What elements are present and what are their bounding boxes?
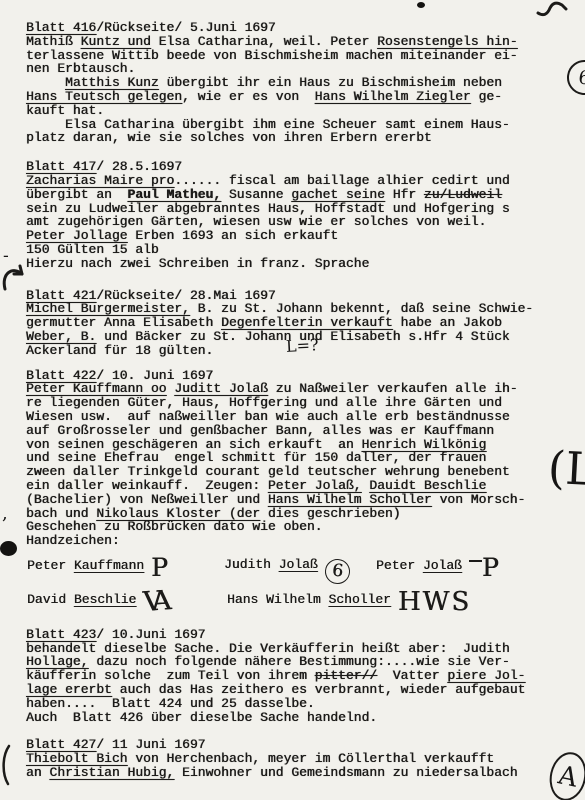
text-segment: bach und <box>26 506 96 521</box>
text-segment: dazu noch folgende nähere Bestimmung:...… <box>88 654 509 669</box>
text-line: Hans Teutsch gelegen, wie er es von Hans… <box>26 90 578 104</box>
text-segment: (Bachelier) von Neßweiller und <box>26 492 268 507</box>
text-line: Zacharias Maire pro...... fiscal am bail… <box>26 174 578 188</box>
text-segment: sein zu Ludweiler abgebranntes Haus, Hof… <box>26 201 510 216</box>
text-line: Blatt 421/Rückseite/ 28.Mai 1697 <box>26 289 578 303</box>
underlined-name: Matthis Kunz <box>65 75 159 90</box>
underlined-name: Hans Wilhelm Ziegler <box>315 89 471 104</box>
text-line: bach und Nikolaus Kloster (der dies gesc… <box>26 507 578 521</box>
handwritten-note-mark: L=? <box>286 337 319 355</box>
text-line: Michel Burgermeister, B. zu St. Johann b… <box>26 302 578 316</box>
text-line: Mathiß Kuntz und Elsa Catharina, weil. P… <box>26 35 578 49</box>
text-segment: Peter <box>376 558 423 573</box>
underlined-name: Blatt 423 <box>26 627 96 642</box>
text-segment: Hans Wilhelm <box>227 592 328 607</box>
handmark-peter-jolass: P <box>482 558 499 578</box>
underlined-name: Scholler <box>328 592 390 607</box>
underlined-name: piere Jol- <box>447 668 525 683</box>
text-segment: / 10. Juni 1697 <box>96 368 213 383</box>
text-line: Hollage, dazu noch folgende nähere Besti… <box>26 655 578 669</box>
text-line: Geschehen zu Roßbrücken dato wie oben. <box>26 520 578 534</box>
text-line: Blatt 423/ 10.Juni 1697 <box>26 628 578 642</box>
underlined-name: Nikolaus Kloster (der <box>96 506 260 521</box>
text-segment: Elsa Catharina, weil. Peter <box>151 34 377 49</box>
text-segment: germutter Anna Elisabeth <box>26 315 221 330</box>
text-segment: Hfr <box>385 187 424 202</box>
text-line: und seine Ehefrau engel schmitt für 150 … <box>26 451 578 465</box>
text-line: Matthis Kunz übergibt ihr ein Haus zu Bi… <box>26 76 578 90</box>
underlined-name: Rosenstengels hin- <box>377 34 517 49</box>
text-segment: David <box>27 592 74 607</box>
underlined-name: Blatt 416 <box>26 20 96 35</box>
text-segment: käufferin solche zum Teil von ihrem <box>26 668 315 683</box>
signature-peter-jolass: Peter JolaßP <box>376 558 499 578</box>
underlined-name: Paul Matheu, <box>127 187 221 202</box>
text-segment: ge- <box>471 89 502 104</box>
text-line: haben.... Blatt 424 und 25 dasselbe. <box>26 697 578 711</box>
corner-hook-mark <box>536 0 570 25</box>
text-segment: auf Großrosseler und genßbacher Bann, al… <box>26 423 494 438</box>
paren-l-margin-mark: (L <box>547 445 585 492</box>
text-segment: Auch Blatt 426 über dieselbe Sache hande… <box>26 710 377 725</box>
text-segment: Wiesen usw. auf naßweiller ban wie auch … <box>26 409 510 424</box>
underlined-name: Jolaß <box>279 557 318 572</box>
text-segment: ein daller weinkauff. Zeugen: <box>26 478 268 493</box>
text-line: nen Erbtausch. <box>26 62 578 76</box>
text-line: Auch Blatt 426 über dieselbe Sache hande… <box>26 711 578 725</box>
text-segment: an <box>26 765 49 780</box>
text-line: käufferin solche zum Teil von ihrem pitt… <box>26 669 578 683</box>
text-segment: haben.... Blatt 424 und 25 dasselbe. <box>26 696 315 711</box>
signature-peter-kauffmann: Peter KauffmannP <box>27 558 168 578</box>
section-blatt-427: Blatt 427/ 11 Juni 1697Thiebolt Bich von… <box>26 738 578 779</box>
text-segment: von Morsch- <box>432 492 526 507</box>
underlined-name: Dauidt Beschlie <box>369 478 486 493</box>
handmark-bar <box>469 560 482 562</box>
underlined-name: Thiebolt Bich <box>26 751 127 766</box>
text-segment: zween daller Trinkgeld courant geld teut… <box>26 464 510 479</box>
section-blatt-416: Blatt 416/Rückseite/ 5.Juni 1697Mathiß K… <box>26 21 578 145</box>
text-line: auf Großrosseler und genßbacher Bann, al… <box>26 424 578 438</box>
text-line: amt zugehörigen Gärten, wiesen usw wie e… <box>26 215 578 229</box>
text-line: germutter Anna Elisabeth Degenfelterin v… <box>26 316 578 330</box>
text-line: ein daller weinkauff. Zeugen: Peter Jola… <box>26 479 578 493</box>
text-segment: Elsa Catharina übergibt ihm eine Scheuer… <box>26 117 510 132</box>
text-line: übergibt an Paul Matheu, Susanne gachet … <box>26 188 578 202</box>
text-segment: ...... fiscal am baillage alhier cedirt … <box>174 173 509 188</box>
text-segment: terlassene Wittib beede von Bischmisheim… <box>26 48 517 63</box>
underlined-name: Peter Jollage <box>26 228 127 243</box>
underlined-name: Peter Kauffmann oo <box>26 381 166 396</box>
text-line: kauft hat. <box>26 104 578 118</box>
text-segment: 150 Gülten 15 alb <box>26 242 159 257</box>
handmark-peter-kauffmann: P <box>151 558 168 578</box>
underlined-name: Beschlie <box>74 592 136 607</box>
text-line: Elsa Catharina übergibt ihm eine Scheuer… <box>26 118 578 132</box>
text-segment: von seinen geschägeren an sich erkauft a… <box>26 437 361 452</box>
underlined-name: Peter Jolaß, <box>268 478 362 493</box>
text-segment: nen Erbtausch. <box>26 61 135 76</box>
signature-hans-wilhelm-scholler: Hans Wilhelm SchollerHWS <box>227 592 471 612</box>
text-segment: behandelt dieselbe Sache. Die Verkäuffer… <box>26 641 510 656</box>
ink-dot-mark <box>0 541 17 556</box>
text-segment: Susanne <box>221 187 291 202</box>
text-line: Peter Jollage Erben 1693 an sich erkauft <box>26 229 578 243</box>
signature-judith-jolass: Judith Jolaß6 <box>224 558 350 584</box>
text-segment: , wie er es von <box>182 89 315 104</box>
underlined-name: gachet seine <box>291 187 385 202</box>
text-segment: re liegenden Güter, Haus, Hoffgering und… <box>26 395 502 410</box>
section-blatt-423: Blatt 423/ 10.Juni 1697behandelt dieselb… <box>26 628 578 725</box>
underlined-name: Hans Teutsch gelegen <box>26 89 182 104</box>
text-segment: kauft hat. <box>26 103 104 118</box>
text-segment: Geschehen zu Roßbrücken dato wie oben. <box>26 519 322 534</box>
text-segment: /Rückseite/ 5.Juni 1697 <box>96 20 275 35</box>
text-line: behandelt dieselbe Sache. Die Verkäuffer… <box>26 642 578 656</box>
underlined-name: Henrich Wilkönig <box>361 437 486 452</box>
handmark-judith-jolass: 6 <box>323 558 350 585</box>
text-segment: /Rückseite/ 28.Mai 1697 <box>96 288 275 303</box>
underlined-name: Kuntz und <box>81 34 151 49</box>
handmark-hans-wilhelm-scholler: HWS <box>398 592 471 612</box>
text-segment: Einwohner und Gemeindsmann zu niedersalb… <box>174 765 517 780</box>
underlined-name: Christian Hubig, <box>49 765 174 780</box>
text-segment: habe an Jakob <box>393 315 502 330</box>
text-line: Blatt 427/ 11 Juni 1697 <box>26 738 578 752</box>
margin-stroke-mark <box>0 744 12 791</box>
text-line: Blatt 416/Rückseite/ 5.Juni 1697 <box>26 21 578 35</box>
text-line: terlassene Wittib beede von Bischmisheim… <box>26 49 578 63</box>
text-segment: Judith <box>224 557 279 572</box>
text-segment: übergibt an <box>26 187 127 202</box>
ink-speck-top <box>417 2 425 8</box>
text-line: sein zu Ludweiler abgebranntes Haus, Hof… <box>26 202 578 216</box>
struck-text: pitter// <box>315 668 377 683</box>
text-segment: auch das Has zeithero es verbrannt, wied… <box>112 682 525 697</box>
underlined-name: Blatt 422 <box>26 368 96 383</box>
underlined-name: Jolaß <box>423 558 462 573</box>
underlined-name: Michel Burgermeister, <box>26 301 190 316</box>
text-line: (Bachelier) von Neßweiller und Hans Wilh… <box>26 493 578 507</box>
margin-comma-mark: , <box>2 505 8 523</box>
curved-arrow-mark <box>1 263 31 298</box>
text-segment: / 11 Juni 1697 <box>96 737 205 752</box>
text-line: lage ererbt auch das Has zeithero es ver… <box>26 683 578 697</box>
underlined-name: Degenfelterin verkauft <box>221 315 393 330</box>
text-segment: Hierzu nach zwei Schreiben in franz. Spr… <box>26 256 369 271</box>
underlined-name: Blatt 417 <box>26 159 96 174</box>
underlined-name: Hans Wilhelm Scholler <box>268 492 432 507</box>
text-segment: und seine Ehefrau engel schmitt für 150 … <box>26 450 486 465</box>
underlined-name: Hollage, <box>26 654 88 669</box>
text-line: Handzeichen: <box>26 534 578 548</box>
text-segment: Mathiß <box>26 34 81 49</box>
text-segment: Peter <box>27 558 74 573</box>
text-segment: Ackerland für 18 gülten. <box>26 343 213 358</box>
text-line: Thiebolt Bich von Herchenbach, meyer im … <box>26 752 578 766</box>
text-line: Blatt 417/ 28.5.1697 <box>26 160 578 174</box>
text-line: platz daran, wie sie solches von ihren E… <box>26 131 578 145</box>
underlined-name: Blatt 427 <box>26 737 96 752</box>
section-blatt-417: Blatt 417/ 28.5.1697Zacharias Maire pro.… <box>26 160 578 270</box>
text-segment: übergibt ihr ein Haus zu Bischmisheim ne… <box>159 75 502 90</box>
text-line: re liegenden Güter, Haus, Hoffgering und… <box>26 396 578 410</box>
text-line: Hierzu nach zwei Schreiben in franz. Spr… <box>26 257 578 271</box>
text-segment: / 10.Juni 1697 <box>96 627 205 642</box>
text-line: von seinen geschägeren an sich erkauft a… <box>26 438 578 452</box>
section-blatt-422: Blatt 422/ 10. Juni 1697Peter Kauffmann … <box>26 369 578 548</box>
underlined-name: lage ererbt <box>26 682 112 697</box>
text-segment: B. zu St. Johann bekennt, daß seine Schw… <box>190 301 533 316</box>
document-body: Blatt 416/Rückseite/ 5.Juni 1697Mathiß K… <box>26 21 578 780</box>
text-segment <box>26 75 65 90</box>
struck-text: zu/Ludweil <box>424 187 502 202</box>
underlined-name: Weber, B. <box>26 329 96 344</box>
text-segment: Handzeichen: <box>26 533 120 548</box>
text-line: Blatt 422/ 10. Juni 1697 <box>26 369 578 383</box>
underlined-name: Juditt Jolaß <box>174 381 268 396</box>
text-line: Peter Kauffmann oo Juditt Jolaß zu Naßwe… <box>26 382 578 396</box>
text-segment: zu Naßweiler verkaufen alle ih- <box>268 381 518 396</box>
text-segment: Erben 1693 an sich erkauft <box>127 228 338 243</box>
underlined-name: Blatt 421 <box>26 288 96 303</box>
text-line: an Christian Hubig, Einwohner und Gemein… <box>26 766 578 780</box>
text-segment: dies geschrieben) <box>260 506 400 521</box>
text-segment: amt zugehörigen Gärten, wiesen usw wie e… <box>26 214 486 229</box>
text-segment: Vatter <box>377 668 447 683</box>
text-line: Wiesen usw. auf naßweiller ban wie auch … <box>26 410 578 424</box>
scanned-document-page: { "page": { "paper_color": "#f2f1ec", "i… <box>0 0 585 800</box>
text-segment: / 28.5.1697 <box>96 159 182 174</box>
underlined-name: Zacharias Maire pro <box>26 173 174 188</box>
text-line: zween daller Trinkgeld courant geld teut… <box>26 465 578 479</box>
text-segment: von Herchenbach, meyer im Cöllerthal ver… <box>127 751 494 766</box>
text-line: 150 Gülten 15 alb <box>26 243 578 257</box>
signature-david-beschlie: David BeschlieVA <box>27 592 171 612</box>
signature-section: Peter KauffmannPJudith Jolaß6Peter Jolaß… <box>26 552 578 628</box>
underlined-name: Kauffmann <box>74 558 144 573</box>
text-segment: platz daran, wie sie solches von ihren E… <box>26 130 432 145</box>
handmark-david-beschlie: VA <box>143 591 172 613</box>
